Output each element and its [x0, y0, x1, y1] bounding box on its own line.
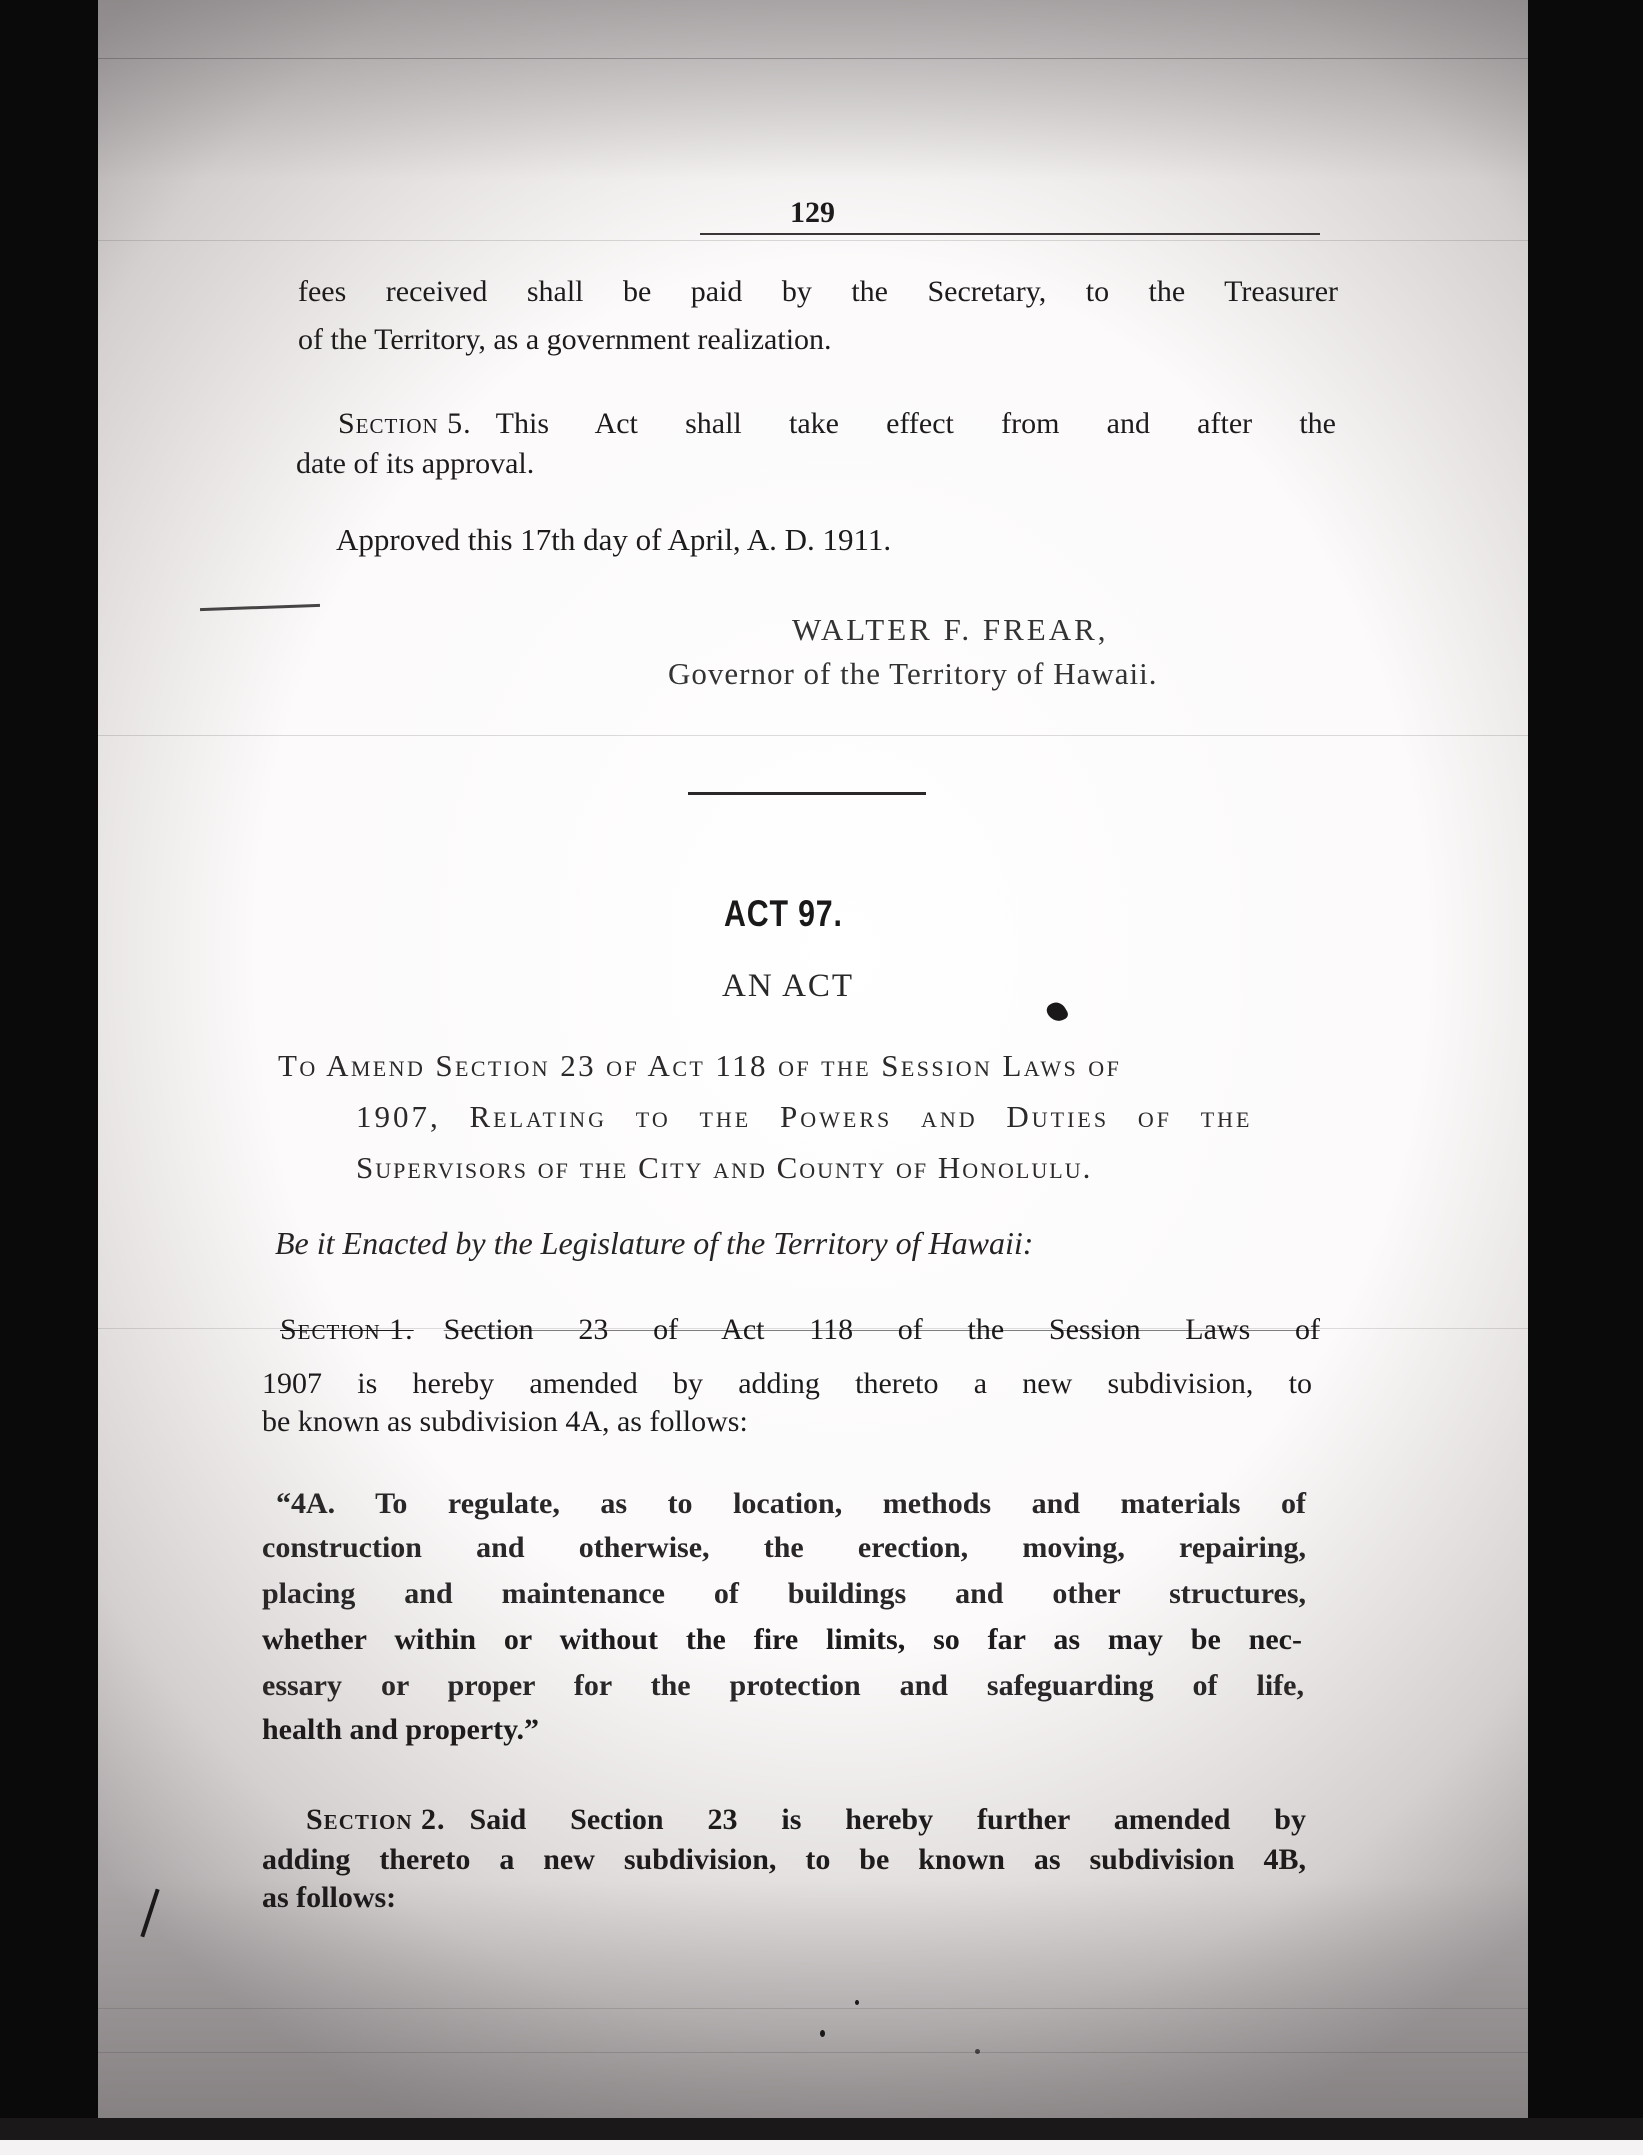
section2-text: Said Section 23 is hereby further amende… — [470, 1802, 1306, 1837]
scan-artifact-line — [98, 2052, 1528, 2053]
subdivision-4a-line-4: whether within or without the fire limit… — [262, 1622, 1302, 1657]
subdivision-4a-line-2: construction and otherwise, the erection… — [262, 1530, 1306, 1565]
scan-border-left — [0, 0, 98, 2140]
section5-line-2: date of its approval. — [296, 446, 534, 481]
scan-artifact-line — [98, 735, 1528, 736]
section1-label: Section 1. — [280, 1312, 414, 1347]
section2-line-2: adding thereto a new subdivision, to be … — [262, 1842, 1306, 1877]
subdivision-4a-line-5: essary or proper for the protection and … — [262, 1668, 1304, 1703]
scan-margin-bottom — [0, 2140, 1643, 2155]
section1-line-3: be known as subdivision 4A, as follows: — [262, 1404, 748, 1439]
dust-speck — [820, 2030, 825, 2037]
section5-line-1: Section 5. This Act shall take effect fr… — [338, 406, 1336, 441]
subdivision-4a-line-1: “4A. To regulate, as to location, method… — [276, 1486, 1306, 1521]
act-subtitle: AN ACT — [722, 968, 854, 1005]
scan-border-right — [1528, 0, 1643, 2140]
section1-line-2: 1907 is hereby amended by adding thereto… — [262, 1366, 1312, 1401]
approval-date: Approved this 17th day of April, A. D. 1… — [336, 522, 891, 557]
dust-speck — [855, 2000, 859, 2005]
act-heading-line-2: 1907, Relating to the Powers and Duties … — [356, 1099, 1253, 1135]
scan-artifact-line — [98, 2008, 1528, 2009]
scan-border-bottom — [0, 2118, 1643, 2140]
section1-line-1: Section 1. Section 23 of Act 118 of the … — [280, 1312, 1320, 1347]
header-rule — [700, 233, 1320, 235]
continuation-line-1: fees received shall be paid by the Secre… — [298, 274, 1338, 309]
section2-label: Section 2. — [306, 1802, 446, 1837]
signature-title: Governor of the Territory of Hawaii. — [668, 656, 1158, 691]
scan-shadow-bottom — [98, 1880, 1528, 2118]
scan-artifact-line — [98, 240, 1528, 241]
continuation-line-2: of the Territory, as a government realiz… — [298, 322, 832, 357]
act-heading-line-1: To Amend Section 23 of Act 118 of the Se… — [278, 1048, 1121, 1084]
scan-artifact-line — [98, 58, 1528, 59]
section2-line-3: as follows: — [262, 1880, 396, 1915]
scan-shadow-top — [98, 0, 1528, 180]
signature-name: WALTER F. FREAR, — [792, 612, 1109, 647]
page-number: 129 — [790, 196, 835, 230]
dust-speck — [975, 2049, 980, 2054]
subdivision-4a-line-3: placing and maintenance of buildings and… — [262, 1576, 1306, 1611]
section-divider — [688, 792, 926, 795]
section5-label: Section 5. — [338, 406, 472, 441]
section1-text: Section 23 of Act 118 of the Session Law… — [444, 1312, 1320, 1347]
act-heading-line-3: Supervisors of the City and County of Ho… — [356, 1150, 1092, 1186]
section5-text: This Act shall take effect from and afte… — [496, 406, 1336, 441]
subdivision-4a-line-6: health and property.” — [262, 1712, 539, 1747]
act-number: ACT 97. — [724, 893, 843, 935]
enacting-clause: Be it Enacted by the Legislature of the … — [275, 1225, 1033, 1262]
section2-line-1: Section 2. Said Section 23 is hereby fur… — [306, 1802, 1306, 1837]
